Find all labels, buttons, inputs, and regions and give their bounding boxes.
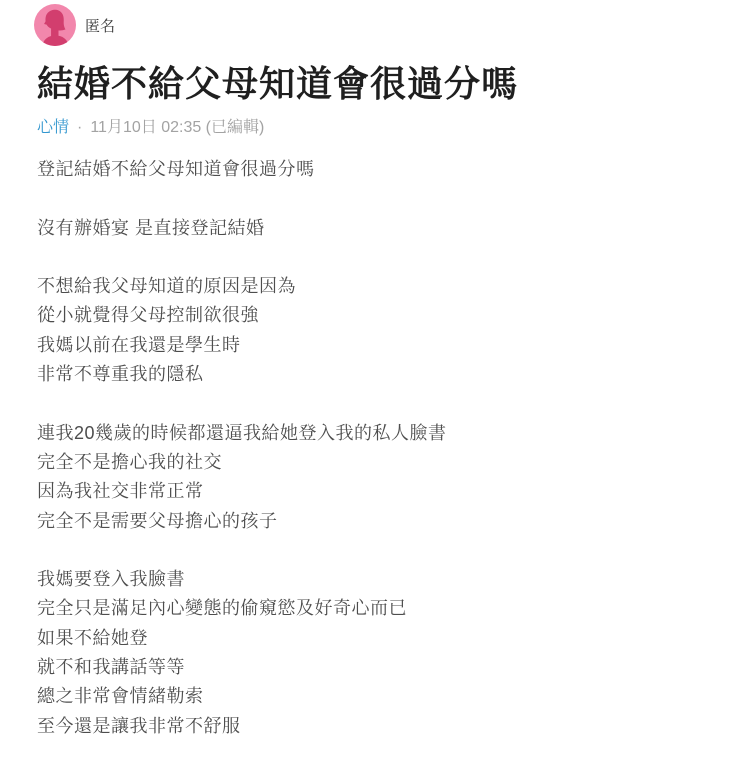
post-body: 登記結婚不給父母知道會很過分嗎 沒有辦婚宴 是直接登記結婚 不想給我父母知道的原…: [37, 155, 708, 741]
body-line: 不想給我父母知道的原因是因為: [37, 272, 708, 301]
meta-separator: ·: [77, 117, 82, 139]
forum-link[interactable]: 心情: [37, 117, 69, 139]
body-line: 連我20幾歲的時候都還逼我給她登入我的私人臉書: [37, 419, 708, 448]
body-line: 至今還是讓我非常不舒服: [37, 712, 708, 741]
author-name: 匿名: [85, 15, 115, 36]
body-line: [37, 184, 708, 213]
body-line: 因為我社交非常正常: [37, 477, 708, 506]
body-line: 非常不尊重我的隱私: [37, 360, 708, 389]
body-line: 就不和我講話等等: [37, 653, 708, 682]
body-line: 沒有辦婚宴 是直接登記結婚: [37, 214, 708, 243]
author-row: 匿名: [34, 4, 708, 46]
body-line: 如果不給她登: [37, 624, 708, 653]
body-line: [37, 389, 708, 418]
body-line: 登記結婚不給父母知道會很過分嗎: [37, 155, 708, 184]
body-line: 完全只是滿足內心變態的偷窺慾及好奇心而已: [37, 594, 708, 623]
body-line: 從小就覺得父母控制欲很強: [37, 301, 708, 330]
anonymous-avatar-icon: [34, 4, 76, 46]
body-line: [37, 536, 708, 565]
body-line: 完全不是擔心我的社交: [37, 448, 708, 477]
body-line: 我媽要登入我臉書: [37, 565, 708, 594]
body-line: 完全不是需要父母擔心的孩子: [37, 507, 708, 536]
body-line: 我媽以前在我還是學生時: [37, 331, 708, 360]
post-title: 結婚不給父母知道會很過分嗎: [37, 60, 708, 107]
body-line: [37, 243, 708, 272]
post-container: 匿名 結婚不給父母知道會很過分嗎 心情 · 11月10日 02:35 (已編輯)…: [0, 0, 748, 741]
post-timestamp: 11月10日 02:35 (已編輯): [90, 117, 264, 139]
body-line: 總之非常會情緒勒索: [37, 682, 708, 711]
post-meta: 心情 · 11月10日 02:35 (已編輯): [37, 117, 708, 139]
